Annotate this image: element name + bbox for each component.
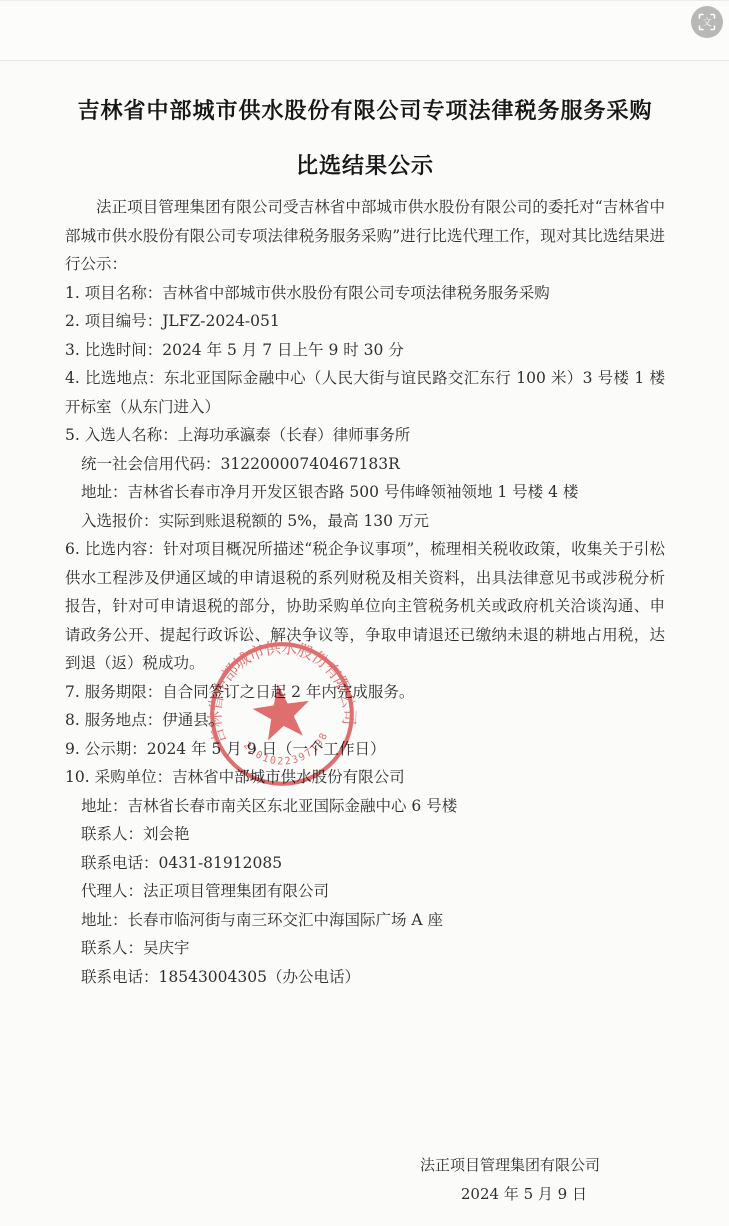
- signature-block: 法正项目管理集团有限公司 2024 年 5 月 9 日: [420, 1151, 600, 1208]
- document-line: 联系电话：0431-81912085: [65, 849, 665, 878]
- document-line: 10. 采购单位：吉林省中部城市供水股份有限公司: [65, 763, 665, 792]
- document-line: 4. 比选地点：东北亚国际金融中心（人民大街与谊民路交汇东行 100 米）3 号…: [65, 364, 665, 421]
- document-line: 联系人：吴庆宇: [65, 934, 665, 963]
- viewer-top-strip: [0, 0, 729, 61]
- document-line: 联系人：刘会艳: [65, 820, 665, 849]
- document-line: 5. 入选人名称：上海功承瀛泰（长春）律师事务所: [65, 421, 665, 450]
- document-line: 统一社会信用代码：31220000740467183R: [65, 450, 665, 479]
- intro-paragraph: 法正项目管理集团有限公司受吉林省中部城市供水股份有限公司的委托对“吉林省中部城市…: [65, 193, 665, 279]
- announcement-document: 吉林省中部城市供水股份有限公司专项法律税务服务采购 比选结果公示 法正项目管理集…: [0, 61, 729, 991]
- document-line: 地址：吉林省长春市南关区东北亚国际金融中心 6 号楼: [65, 792, 665, 821]
- document-title-line1: 吉林省中部城市供水股份有限公司专项法律税务服务采购: [65, 99, 665, 125]
- document-line: 入选报价：实际到账退税额的 5%，最高 130 万元: [65, 507, 665, 536]
- scan-text-icon: 文: [698, 13, 716, 31]
- signature-company: 法正项目管理集团有限公司: [420, 1151, 600, 1180]
- scan-icon-glyph: 文: [702, 17, 712, 29]
- document-line: 3. 比选时间：2024 年 5 月 7 日上午 9 时 30 分: [65, 336, 665, 365]
- document-line: 7. 服务期限：自合同签订之日起 2 年内完成服务。: [65, 678, 665, 707]
- document-line: 代理人：法正项目管理集团有限公司: [65, 877, 665, 906]
- document-line: 9. 公示期：2024 年 5 月 9 日（一个工作日）: [65, 735, 665, 764]
- document-line: 6. 比选内容：针对项目概况所描述“税企争议事项”，梳理相关税收政策，收集关于引…: [65, 535, 665, 678]
- document-line: 地址：长春市临河街与南三环交汇中海国际广场 A 座: [65, 906, 665, 935]
- document-body: 法正项目管理集团有限公司受吉林省中部城市供水股份有限公司的委托对“吉林省中部城市…: [65, 193, 665, 991]
- document-page: 文 吉林省中部城市供水股份有限公司专项法律税务服务采购 比选结果公示 法正项目管…: [0, 0, 729, 1226]
- document-line: 联系电话：18543004305（办公电话）: [65, 963, 665, 992]
- document-title-line2: 比选结果公示: [65, 154, 665, 180]
- extract-text-button[interactable]: 文: [691, 6, 723, 38]
- signature-date: 2024 年 5 月 9 日: [420, 1180, 600, 1209]
- document-line: 1. 项目名称：吉林省中部城市供水股份有限公司专项法律税务服务采购: [65, 279, 665, 308]
- document-line: 8. 服务地点：伊通县。: [65, 706, 665, 735]
- document-line: 地址：吉林省长春市净月开发区银杏路 500 号伟峰领袖领地 1 号楼 4 楼: [65, 478, 665, 507]
- document-line: 2. 项目编号：JLFZ-2024-051: [65, 307, 665, 336]
